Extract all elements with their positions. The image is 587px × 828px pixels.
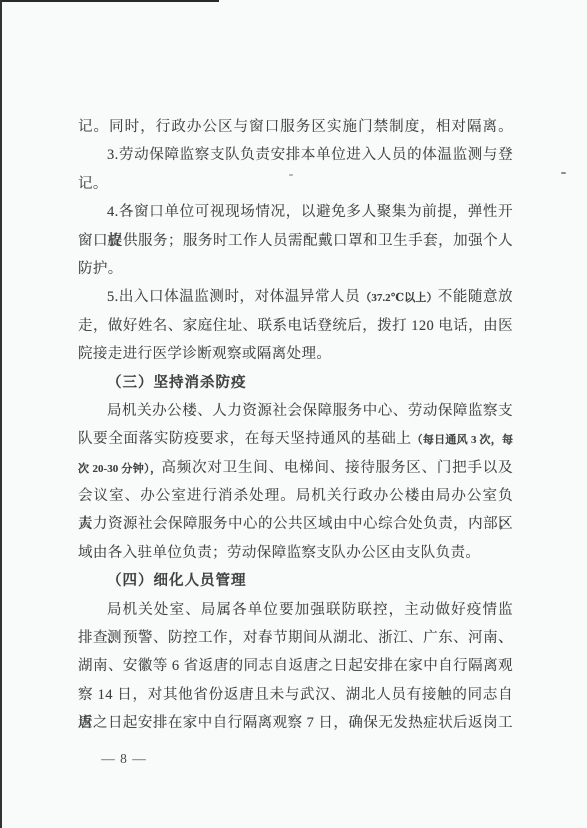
- text-line: 湖南、安徽等 6 省返唐的同志自返唐之日起安排在家中自行隔离观: [78, 652, 513, 680]
- text-segment: 不能随意放: [438, 289, 513, 305]
- section-heading: （三）坚持消杀防疫: [78, 369, 513, 397]
- inline-note: （37.2℃以上）: [360, 292, 438, 304]
- text-segment: 高频次对卫生间、电梯间、接待服务区、门把手以及: [161, 460, 513, 476]
- text-line: 排查、预警、防控工作，对春节期间从湖北、浙江、广东、河南、: [78, 624, 513, 652]
- scanned-document-page: 记。同时，行政办公区与窗口服务区实施门禁制度，相对隔离。 3.劳动保障监察支队负…: [0, 0, 587, 828]
- text-line: 队要全面落实防疫要求，在每天坚持通风的基础上（每日通风 3 次，每: [78, 425, 513, 453]
- text-line: 次 20-30 分钟），高频次对卫生间、电梯间、接待服务区、门把手以及: [78, 454, 513, 482]
- scan-speck: [561, 172, 566, 174]
- scan-edge-left: [0, 0, 2, 828]
- text-line: 走，做好姓名、家庭住址、联系电话登统后，拨打 120 电话，由医: [78, 312, 513, 340]
- text-line: 3.劳动保障监察支队负责安排本单位进入人员的体温监测与登: [78, 141, 513, 169]
- text-line: 防护。: [78, 255, 513, 283]
- document-body: 记。同时，行政办公区与窗口服务区实施门禁制度，相对隔离。 3.劳动保障监察支队负…: [78, 113, 513, 738]
- text-segment: 5.出入口体温监测时，对体温异常人员: [107, 289, 360, 305]
- page-number: — 8 —: [94, 749, 154, 769]
- text-line: 域由各入驻单位负责；劳动保障监察支队办公区由支队负责。: [78, 539, 513, 567]
- text-line: 窗口提供服务；服务时工作人员需配戴口罩和卫生手套，加强个人: [78, 227, 513, 255]
- text-line: 唐之日起安排在家中自行隔离观察 7 日，确保无发热症状后返岗工: [78, 709, 513, 737]
- text-line: 察 14 日，对其他省份返唐且未与武汉、湖北人员有接触的同志自返: [78, 681, 513, 709]
- text-line: 人力资源社会保障服务中心的公共区域由中心综合处负责，内部区: [78, 510, 513, 538]
- text-line: 院接走进行医学诊断观察或隔离处理。: [78, 340, 513, 368]
- scan-edge-top: [0, 0, 219, 2]
- section-heading: （四）细化人员管理: [78, 567, 513, 595]
- text-line: 记。同时，行政办公区与窗口服务区实施门禁制度，相对隔离。: [78, 113, 513, 141]
- text-line: 局机关办公楼、人力资源社会保障服务中心、劳动保障监察支: [78, 397, 513, 425]
- inline-note: （每日通风 3 次，每: [412, 434, 513, 446]
- text-line: 局机关处室、局属各单位要加强联防联控，主动做好疫情监测、: [78, 596, 513, 624]
- text-segment: 队要全面落实防疫要求，在每天坚持通风的基础上: [78, 431, 412, 447]
- inline-note: 次 20-30 分钟），: [78, 463, 161, 475]
- text-line: 记。: [78, 170, 513, 198]
- text-line: 4.各窗口单位可视现场情况，以避免多人聚集为前提，弹性开放: [78, 198, 513, 226]
- text-line: 5.出入口体温监测时，对体温异常人员（37.2℃以上）不能随意放: [78, 283, 513, 311]
- text-line: 会议室、办公室进行消杀处理。局机关行政办公楼由局办公室负责；: [78, 482, 513, 510]
